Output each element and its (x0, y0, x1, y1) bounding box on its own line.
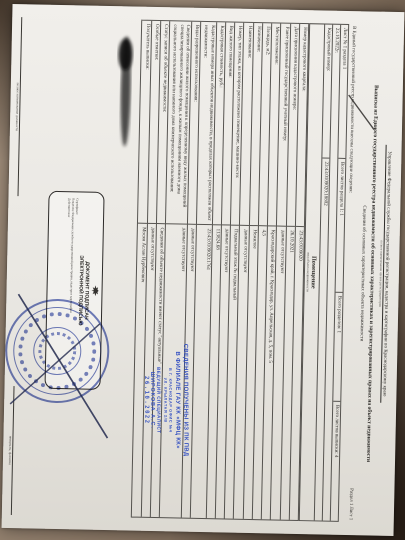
mfc-stamp: СВЕДЕНИЯ ПОЛУЧЕНЫ ИЗ ПК ПВД В ФИЛИАЛЕ ГА… (141, 323, 188, 477)
mfc-stamp-line: СВЕДЕНИЯ ПОЛУЧЕНЫ ИЗ ПК ПВД (180, 323, 188, 477)
mfc-stamp-line: УЛ. КРЫЛАТАЯ 2/В (162, 323, 168, 477)
ink-smudge (119, 36, 131, 146)
position-caption: полное наименование должности (13, 17, 22, 196)
esign-valid: Действителен: (67, 198, 71, 217)
mfc-stamp-date: 26.10.2022 (141, 323, 149, 477)
coat-of-arms-icon (90, 285, 99, 297)
signature-footer: полное наименование должности инициалы, … (6, 17, 22, 515)
name-caption: инициалы, фамилия (6, 386, 14, 516)
photo-background: Управление Федеральной службы государств… (0, 0, 405, 540)
mfc-stamp-line: В ФИЛИАЛЕ ГАУ КК «МФЦ КК» (172, 323, 180, 477)
ink-smudge (118, 38, 133, 70)
egrn-document: Управление Федеральной службы государств… (1, 4, 404, 536)
row-label: Сведения об отнесении жилого помещения к… (165, 21, 190, 225)
mfc-stamp-line: В Г. КРАСНОДАР ОФИС №4 (167, 323, 173, 477)
